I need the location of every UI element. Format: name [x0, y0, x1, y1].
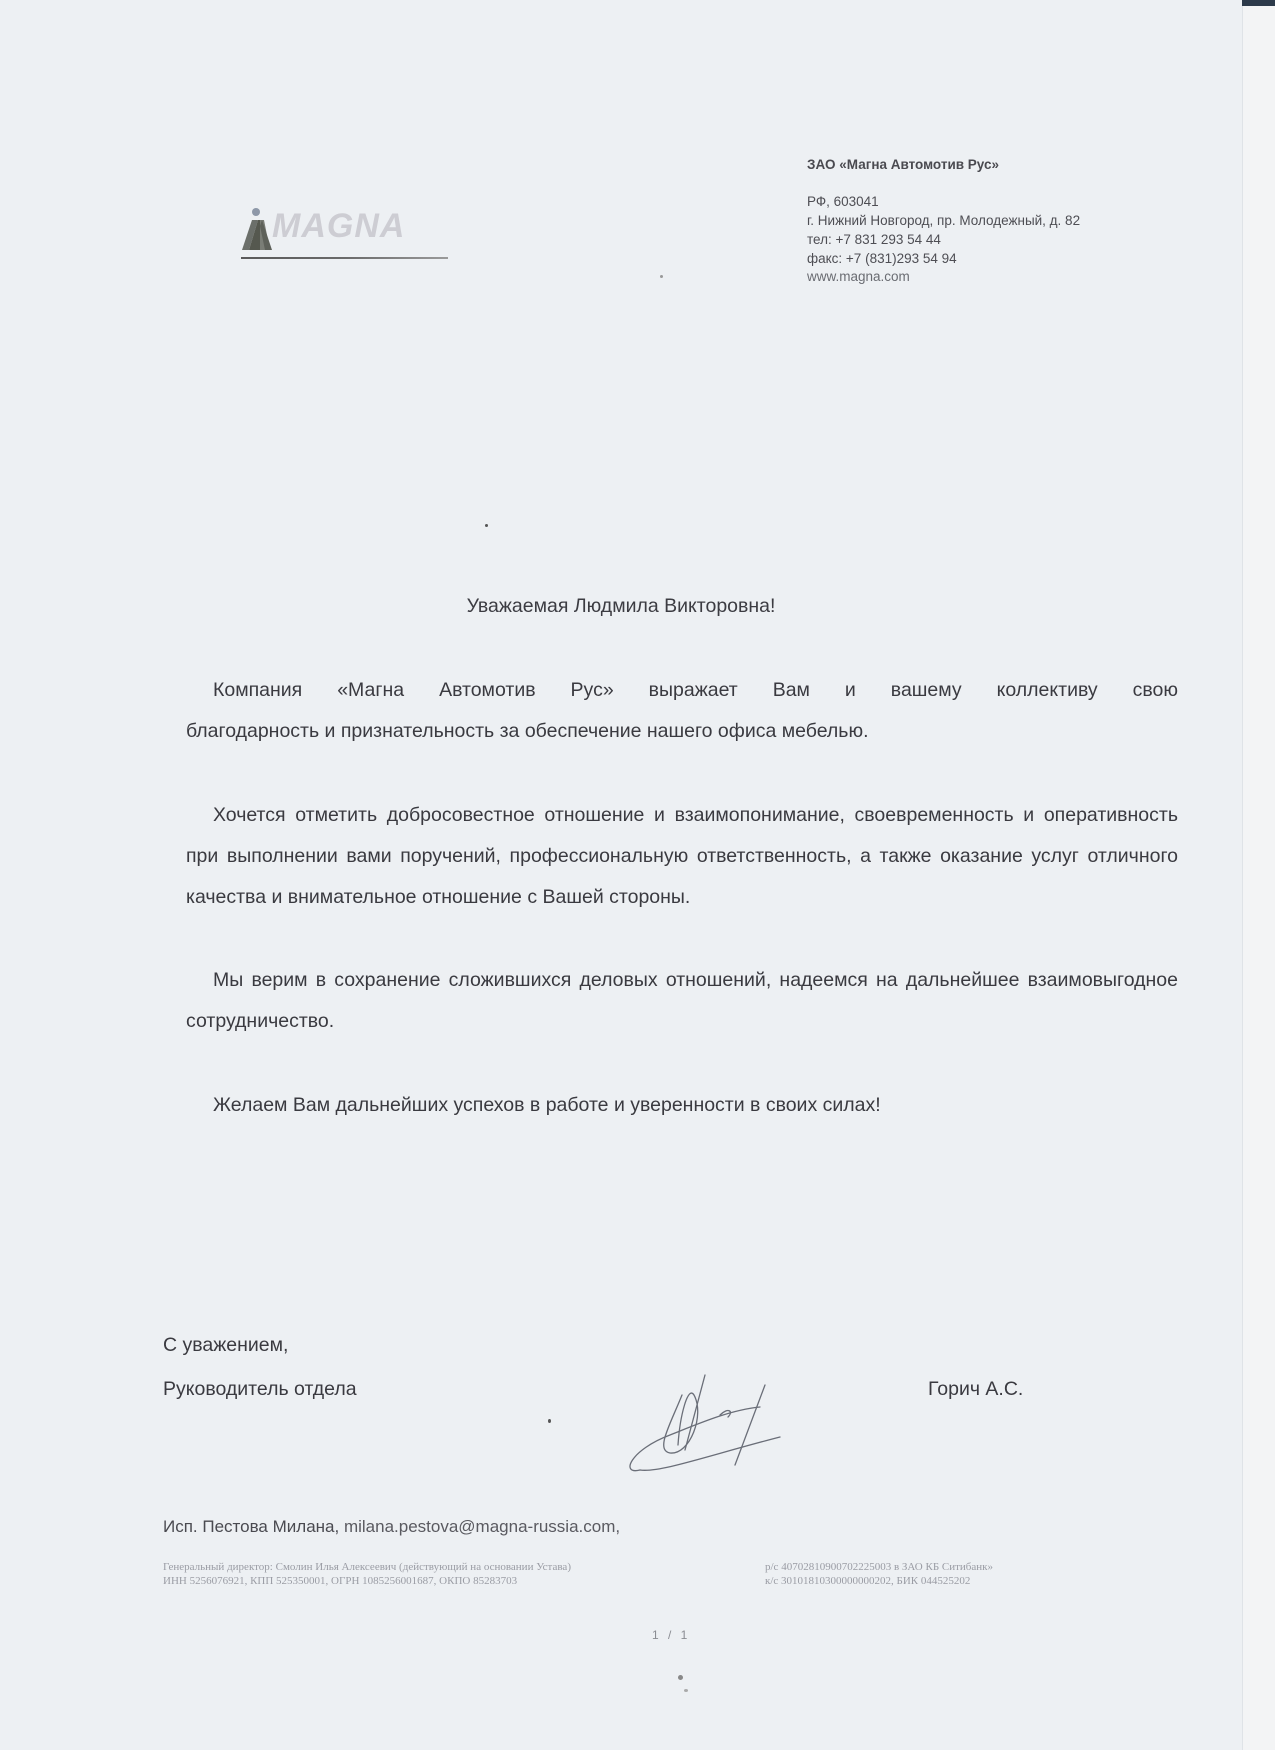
company-name: ЗАО «Магна Автомотив Рус» [807, 157, 999, 172]
paragraph-4: Желаем Вам дальнейших успехов в работе и… [186, 1085, 1178, 1126]
footer-registration: ИНН 5256076921, КПП 525350001, ОГРН 1085… [163, 1575, 517, 1587]
scan-speck [684, 1689, 688, 1692]
handwritten-signature [610, 1355, 810, 1485]
contact-fax: факс: +7 (831)293 54 94 [807, 252, 957, 266]
scan-speck [678, 1675, 683, 1680]
paragraph-2: Хочется отметить добросовестное отношени… [186, 795, 1178, 918]
scan-speck [660, 275, 663, 278]
scan-speck [548, 1419, 551, 1423]
page-number: 1 / 1 [652, 1628, 690, 1642]
signer-name: Горич А.С. [928, 1378, 1023, 1401]
executor-line: Исп. Пестова Милана, milana.pestova@magn… [163, 1517, 620, 1537]
contact-website[interactable]: www.magna.com [807, 270, 910, 284]
footer-director: Генеральный директор: Смолин Илья Алексе… [163, 1561, 571, 1573]
paragraph-3: Мы верим в сохранение сложившихся деловы… [186, 960, 1178, 1042]
closing-phrase: С уважением, [163, 1334, 288, 1357]
contact-address: г. Нижний Новгород, пр. Молодежный, д. 8… [807, 214, 1080, 228]
contact-phone: тел: +7 831 293 54 44 [807, 233, 941, 247]
paragraph-1-line-1: Компания «Магна Автомотив Рус» выражает … [186, 670, 1178, 711]
executor-email[interactable]: milana.pestova@magna-russia.com, [344, 1517, 620, 1536]
salutation: Уважаемая Людмила Викторовна! [0, 595, 1242, 618]
scan-speck [485, 524, 488, 527]
logo-wordmark: MAGNA [272, 209, 405, 243]
scan-edge-shadow [1242, 0, 1275, 6]
signer-position: Руководитель отдела [163, 1378, 357, 1401]
paragraph-1-line-2: благодарность и признательность за обесп… [186, 711, 1178, 752]
footer-bank-details: к/с 30101810300000000202, БИК 044525202 [765, 1575, 970, 1587]
contact-postcode: РФ, 603041 [807, 195, 879, 209]
executor-name: Исп. Пестова Милана, [163, 1517, 339, 1536]
logo-underline [241, 257, 448, 259]
paper-edge [1242, 0, 1275, 1750]
paragraph-1: Компания «Магна Автомотив Рус» выражает … [186, 670, 1178, 752]
footer-bank-account: р/с 40702810900702225003 в ЗАО КБ Ситиба… [765, 1561, 993, 1573]
